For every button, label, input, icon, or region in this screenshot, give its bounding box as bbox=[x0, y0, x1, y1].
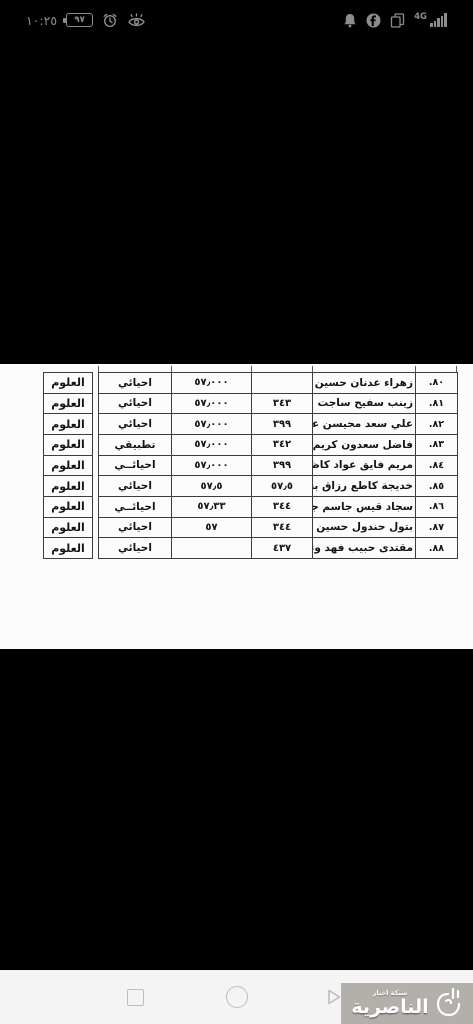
recents-square-icon[interactable] bbox=[127, 989, 144, 1006]
row-number-cell: ٨٨. bbox=[416, 538, 458, 559]
overlapping-windows-icon bbox=[390, 13, 405, 28]
watermark-text: شبكة اخبار الناصرية bbox=[351, 990, 428, 1017]
subject-column-table: العلوم العلوم العلوم العلوم العلوم العلو… bbox=[43, 372, 93, 559]
branch-cell: احيائي bbox=[99, 414, 172, 435]
table-row: ٨١. زينب سفيح ساجت جودة ٣٤٣ ٥٧٫٠٠٠ احيائ… bbox=[99, 393, 458, 414]
document-photo: العلوم العلوم العلوم العلوم العلوم العلو… bbox=[0, 364, 473, 649]
watermark-title: الناصرية bbox=[351, 998, 428, 1017]
row-number-cell: ٨٣. bbox=[416, 434, 458, 455]
student-name-cell: مقتدى حبيب فهد وثيج bbox=[313, 538, 416, 559]
battery-percent: ٩٧ bbox=[74, 16, 84, 25]
score-cell bbox=[172, 538, 252, 559]
table-row: العلوم bbox=[44, 434, 93, 455]
score-cell: ٥٧٫٠٠٠ bbox=[172, 373, 252, 394]
score-cell: ٥٧٫٠٠٠ bbox=[172, 414, 252, 435]
subject-cell: العلوم bbox=[44, 517, 93, 538]
row-number-cell: ٨٤. bbox=[416, 455, 458, 476]
table-row: العلوم bbox=[44, 476, 93, 497]
score-cell: ٥٧٫٣٣ bbox=[172, 496, 252, 517]
row-number-cell: ٨٧. bbox=[416, 517, 458, 538]
score-cell: ٥٧٫٠٠٠ bbox=[172, 455, 252, 476]
subject-cell: العلوم bbox=[44, 434, 93, 455]
facebook-icon bbox=[366, 13, 381, 28]
branch-cell: احيائي bbox=[99, 517, 172, 538]
score-cell: ٣٤٢ bbox=[252, 434, 313, 455]
score-cell: ٣٩٩ bbox=[252, 455, 313, 476]
score-cell: ٣٤٤ bbox=[252, 496, 313, 517]
student-name-cell: مريم فايق عواد كاظم bbox=[313, 455, 416, 476]
table-row: ٨٠. زهراء عدنان حسين حبن ٥٧٫٠٠٠ احيائي bbox=[99, 373, 458, 394]
student-name-cell: علي سعد محيسن عطية bbox=[313, 414, 416, 435]
branch-cell: احيائــي bbox=[99, 496, 172, 517]
branch-cell: احيائي bbox=[99, 538, 172, 559]
battery-nub bbox=[63, 18, 66, 24]
row-number-cell: ٨١. bbox=[416, 393, 458, 414]
phone-screen: ١٠:٢٥ ٩٧ bbox=[0, 0, 473, 1024]
status-bar: ١٠:٢٥ ٩٧ bbox=[0, 0, 473, 40]
table-row: العلوم bbox=[44, 538, 93, 559]
branch-cell: تطبيقي bbox=[99, 434, 172, 455]
table-row: العلوم bbox=[44, 414, 93, 435]
table-row: ٨٤. مريم فايق عواد كاظم ٣٩٩ ٥٧٫٠٠٠ احيائ… bbox=[99, 455, 458, 476]
signal-strength-icon: 4G bbox=[414, 13, 447, 27]
subject-cell: العلوم bbox=[44, 373, 93, 394]
clock-time: ١٠:٢٥ bbox=[26, 13, 57, 28]
student-name-cell: فاضل سعدون كريم حسين bbox=[313, 434, 416, 455]
subject-cell: العلوم bbox=[44, 496, 93, 517]
score-cell: ٥٧٫٥ bbox=[172, 476, 252, 497]
student-name-cell: زهراء عدنان حسين حبن bbox=[313, 373, 416, 394]
table-row: العلوم bbox=[44, 496, 93, 517]
branch-cell: احيائــي bbox=[99, 455, 172, 476]
branch-cell: احيائي bbox=[99, 476, 172, 497]
student-name-cell: سجاد قيس جاسم جبر bbox=[313, 496, 416, 517]
bell-icon bbox=[343, 13, 357, 28]
score-cell bbox=[252, 373, 313, 394]
subject-cell: العلوم bbox=[44, 393, 93, 414]
table-row: ٨٥. خديجة كاطع رزاق بشيت ٥٧٫٥ ٥٧٫٥ احيائ… bbox=[99, 476, 458, 497]
alarm-clock-icon bbox=[102, 12, 118, 28]
score-cell: ٣٩٩ bbox=[252, 414, 313, 435]
subject-cell: العلوم bbox=[44, 414, 93, 435]
home-circle-icon[interactable] bbox=[226, 986, 248, 1008]
status-bar-right: 4G bbox=[343, 13, 447, 28]
battery-icon: ٩٧ bbox=[66, 13, 93, 27]
table-row: ٨٦. سجاد قيس جاسم جبر ٣٤٤ ٥٧٫٣٣ احيائــي bbox=[99, 496, 458, 517]
table-row: العلوم bbox=[44, 393, 93, 414]
status-bar-left: ١٠:٢٥ ٩٧ bbox=[26, 12, 146, 28]
row-number-cell: ٨٢. bbox=[416, 414, 458, 435]
results-table: ٨٠. زهراء عدنان حسين حبن ٥٧٫٠٠٠ احيائي ٨… bbox=[98, 372, 458, 559]
score-cell: ٥٧٫٥ bbox=[252, 476, 313, 497]
table-row: ٨٨. مقتدى حبيب فهد وثيج ٤٣٧ احيائي bbox=[99, 538, 458, 559]
score-cell: ٥٧٫٠٠٠ bbox=[172, 434, 252, 455]
news-watermark: شبكة اخبار الناصرية bbox=[341, 983, 473, 1024]
student-name-cell: خديجة كاطع رزاق بشيت bbox=[313, 476, 416, 497]
branch-cell: احيائي bbox=[99, 393, 172, 414]
eye-comfort-icon bbox=[127, 13, 146, 28]
score-cell: ٤٣٧ bbox=[252, 538, 313, 559]
network-type-label: 4G bbox=[414, 13, 427, 22]
branch-cell: احيائي bbox=[99, 373, 172, 394]
row-number-cell: ٨٥. bbox=[416, 476, 458, 497]
student-name-cell: بتول حندول حسين طعيمة bbox=[313, 517, 416, 538]
subject-cell: العلوم bbox=[44, 538, 93, 559]
table-row: العلوم bbox=[44, 517, 93, 538]
subject-cell: العلوم bbox=[44, 476, 93, 497]
subject-cell: العلوم bbox=[44, 455, 93, 476]
row-number-cell: ٨٦. bbox=[416, 496, 458, 517]
score-cell: ٥٧٫٠٠٠ bbox=[172, 393, 252, 414]
score-cell: ٥٧ bbox=[172, 517, 252, 538]
student-name-cell: زينب سفيح ساجت جودة bbox=[313, 393, 416, 414]
table-row: العلوم bbox=[44, 455, 93, 476]
table-row: ٨٧. بتول حندول حسين طعيمة ٣٤٤ ٥٧ احيائي bbox=[99, 517, 458, 538]
row-number-cell: ٨٠. bbox=[416, 373, 458, 394]
score-cell: ٣٤٤ bbox=[252, 517, 313, 538]
table-row: ٨٣. فاضل سعدون كريم حسين ٣٤٢ ٥٧٫٠٠٠ تطبي… bbox=[99, 434, 458, 455]
table-row: العلوم bbox=[44, 373, 93, 394]
watermark-emblem-icon bbox=[433, 986, 463, 1022]
table-row: ٨٢. علي سعد محيسن عطية ٣٩٩ ٥٧٫٠٠٠ احيائي bbox=[99, 414, 458, 435]
score-cell: ٣٤٣ bbox=[252, 393, 313, 414]
